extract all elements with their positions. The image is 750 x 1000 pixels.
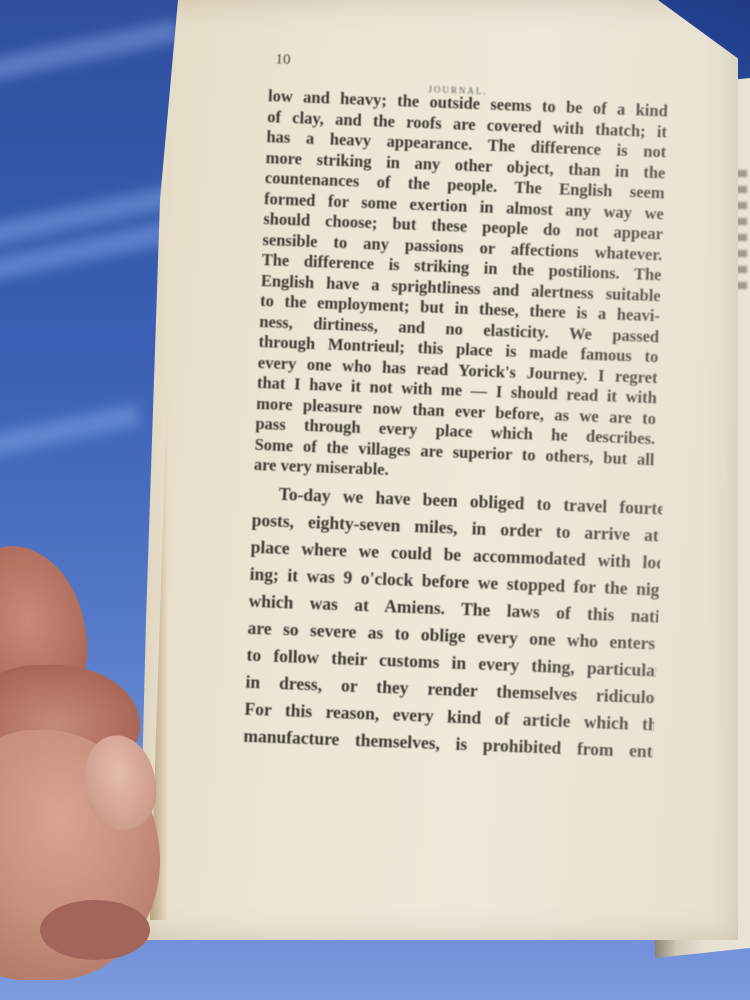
- lower-finger: [40, 900, 150, 960]
- body-text: low and heavy; the outside seems to be o…: [243, 86, 678, 765]
- page-number: 10: [275, 51, 291, 69]
- paragraph-1: low and heavy; the outside seems to be o…: [253, 86, 678, 491]
- paragraph-2: To-day we have been obliged to travel fo…: [243, 479, 663, 765]
